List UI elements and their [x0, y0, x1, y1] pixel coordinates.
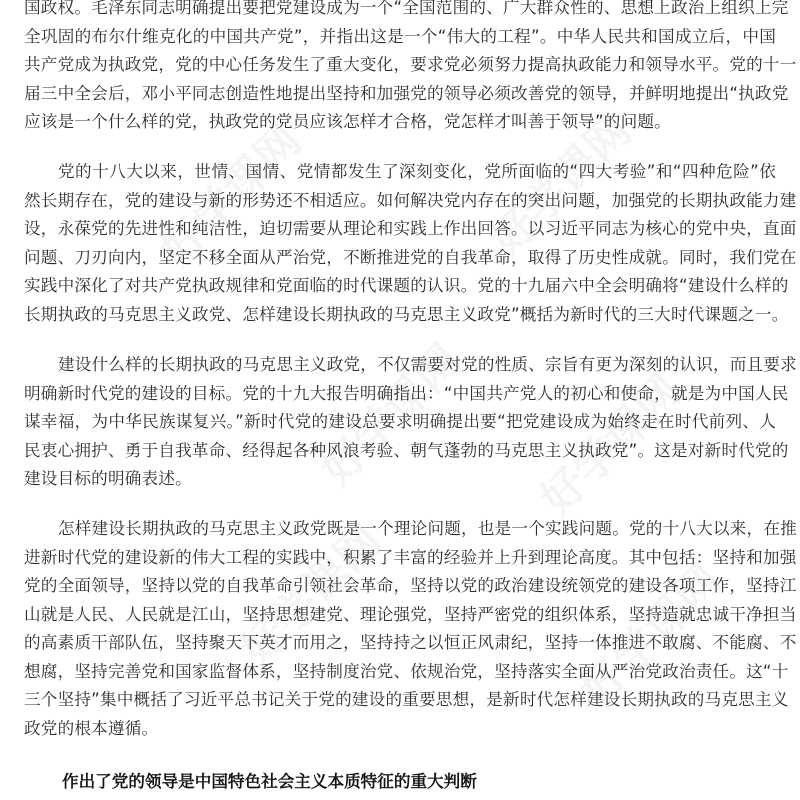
text-line: 届三中全会后，邓小平同志创造性地提出坚持和加强党的领导必须改善党的领导，并鲜明地…	[24, 82, 776, 106]
text-line: 民衷心拥护、勇于自我革命、经得起各种风浪考验、朝气蓬勃的马克思主义执政党”。这是…	[24, 439, 776, 463]
text-line: 三个坚持”集中概括了习近平总书记关于党的建设的重要思想，是新时代怎样建设长期执政…	[24, 688, 776, 712]
text-line: 建设目标的明确表述。	[24, 467, 776, 491]
text-line: 应该是一个什么样的党，执政党的党员应该怎样才合格，党怎样才叫善于领导”的问题。	[24, 110, 776, 134]
text-line: 全巩固的布尔什维克化的中国共产党”，并指出这是一个“伟大的工程”。中华人民共和国…	[24, 25, 776, 49]
text-line: 建设什么样的长期执政的马克思主义政党，不仅需要对党的性质、宗旨有更为深刻的认识，…	[58, 353, 776, 377]
text-line: 明确新时代党的建设的目标。党的十九大报告明确指出：“中国共产党人的初心和使命，就…	[24, 382, 776, 406]
text-line: 问题、刀刃向内，坚定不移全面从严治党，不断推进党的自我革命，取得了历史性成就。同…	[24, 246, 776, 270]
text-line: 长期执政的马克思主义政党、怎样建设长期执政的马克思主义政党”概括为新时代的三大时…	[24, 303, 776, 327]
text-line: 谋幸福，为中华民族谋复兴。”新时代党的建设总要求明确提出要“把党建设成为始终走在…	[24, 410, 776, 434]
text-line: 国政权。毛泽东同志明确提出要把党建设成为一个“全国范围的、广大群众性的、思想上政…	[24, 0, 776, 20]
text-line: 山就是人民、人民就是江山，坚持思想建党、理论强党，坚持严密党的组织体系，坚持造就…	[24, 603, 776, 627]
text-line: 共产党成为执政党，党的中心任务发生了重大变化，要求党必须努力提高执政能力和领导水…	[24, 53, 776, 77]
section-heading: 作出了党的领导是中国特色社会主义本质特征的重大判断	[62, 770, 477, 794]
text-line: 设，永葆党的先进性和纯洁性，迫切需要从理论和实践上作出回答。以习近平同志为核心的…	[24, 217, 776, 241]
text-line: 的高素质干部队伍，坚持聚天下英才而用之，坚持持之以恒正风肃纪，坚持一体推进不敢腐…	[24, 631, 776, 655]
document-page: 好学课网 好学课网 好学课网 好学课网 好学课网 好学课网 国政权。毛泽东同志明…	[0, 0, 800, 800]
text-line: 进新时代党的建设新的伟大工程的实践中，积累了丰富的经验并上升到理论高度。其中包括…	[24, 546, 776, 570]
text-line: 实践中深化了对共产党执政规律和党面临的时代课题的认识。党的十九届六中全会明确将“…	[24, 274, 776, 298]
text-line: 想腐，坚持完善党和国家监督体系，坚持制度治党、依规治党，坚持落实全面从严治党政治…	[24, 660, 776, 684]
text-line: 政党的根本遵循。	[24, 717, 776, 741]
text-line: 然长期存在，党的建设与新的形势还不相适应。如何解决党内存在的突出问题，加强党的长…	[24, 189, 776, 213]
text-line: 党的全面领导，坚持以党的自我革命引领社会革命，坚持以党的政治建设统领党的建设各项…	[24, 574, 776, 598]
text-line: 怎样建设长期执政的马克思主义政党既是一个理论问题，也是一个实践问题。党的十八大以…	[58, 517, 776, 541]
text-line: 党的十八大以来，世情、国情、党情都发生了深刻变化，党所面临的“四大考验”和“四种…	[58, 160, 776, 184]
